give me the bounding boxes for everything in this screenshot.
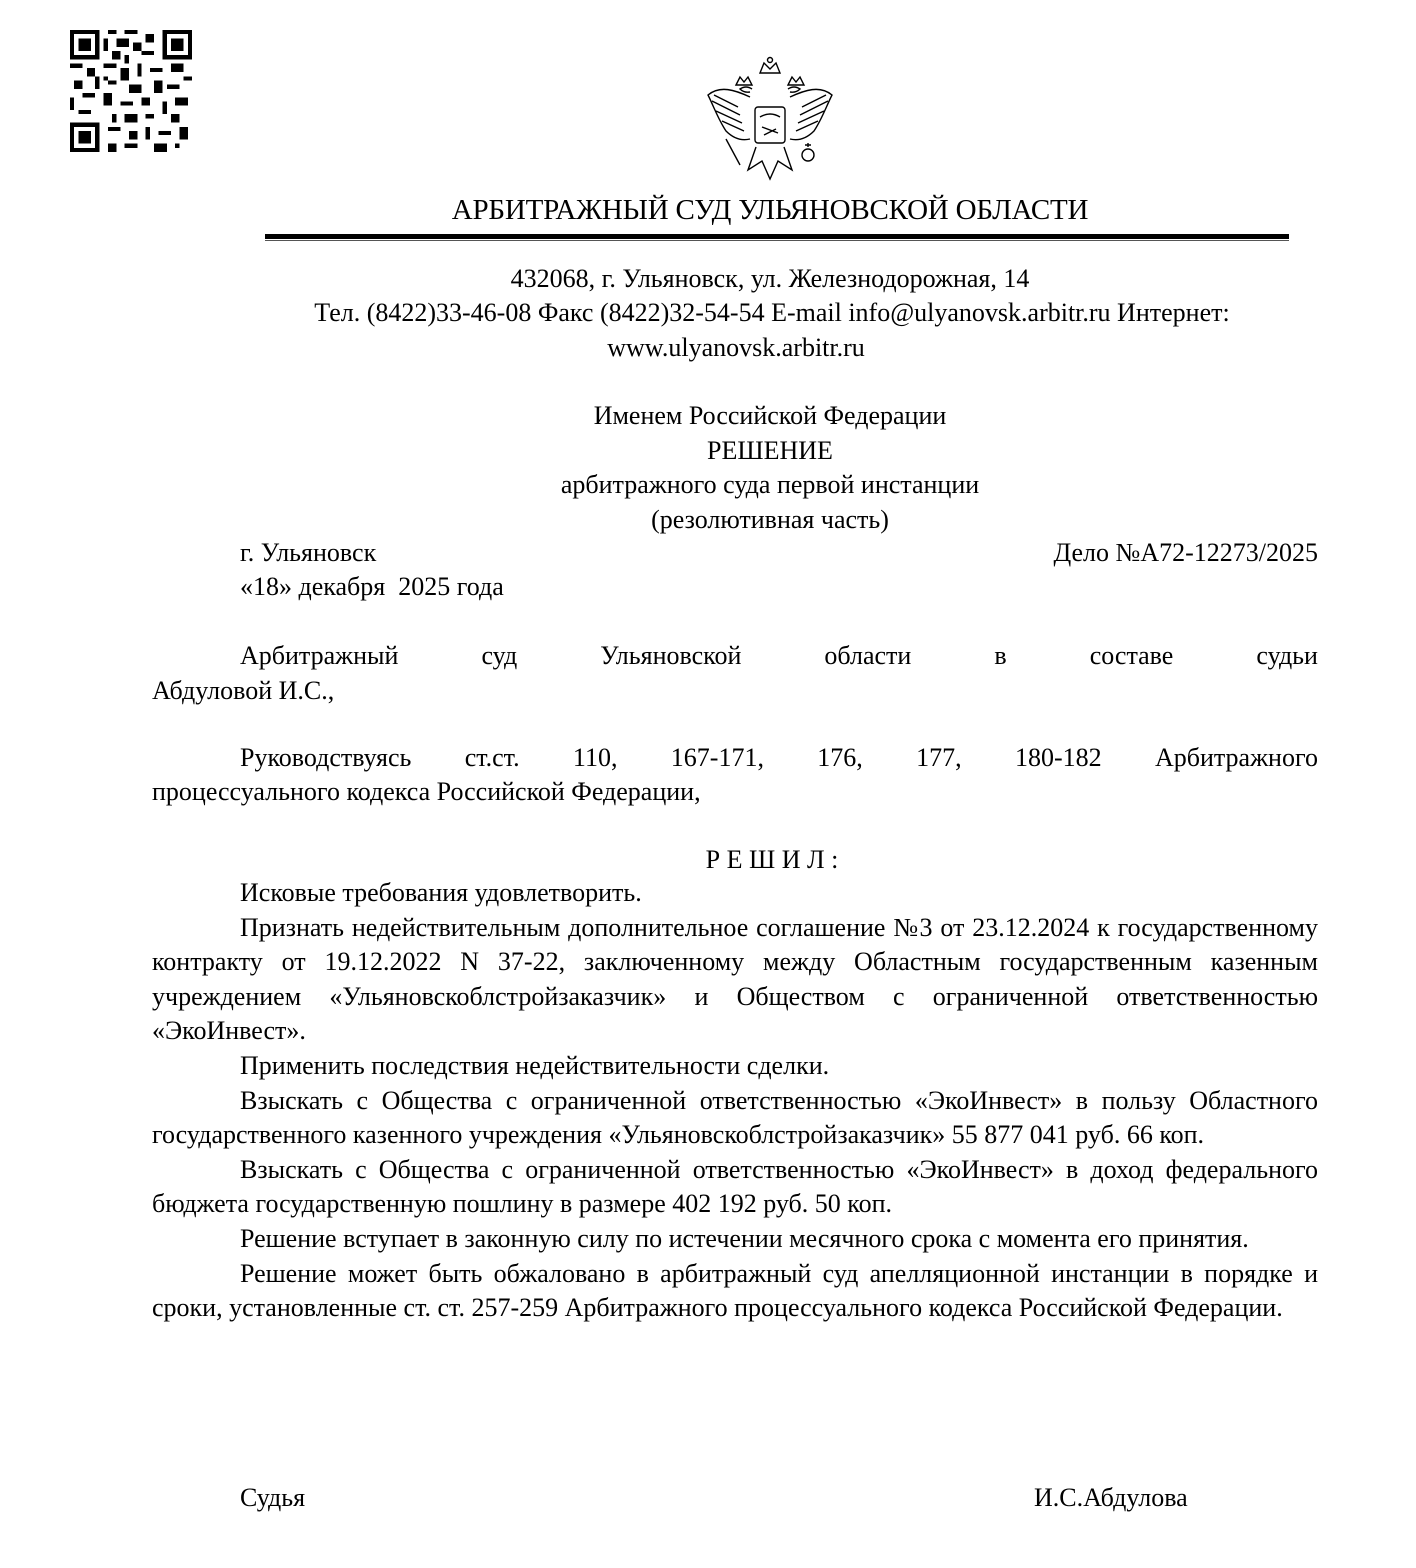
- decision-date: «18» декабря 2025 года: [240, 572, 504, 602]
- coat-of-arms-icon: [700, 55, 840, 190]
- word: составе: [1090, 641, 1174, 671]
- word: 177,: [916, 743, 962, 773]
- word: 110,: [573, 743, 618, 773]
- paragraph-apply-consequences: Применить последствия недействительности…: [152, 1049, 1318, 1084]
- judge-name-line: Абдуловой И.С.,: [152, 676, 334, 706]
- court-address: 432068, г. Ульяновск, ул. Железнодорожна…: [0, 264, 1416, 294]
- legal-basis-continuation: процессуального кодекса Российской Федер…: [152, 777, 701, 807]
- document-title: РЕШЕНИЕ: [0, 436, 1416, 466]
- header-divider-thin: [265, 240, 1289, 241]
- word: Ульяновской: [600, 641, 741, 671]
- word: 167-171,: [671, 743, 764, 773]
- word: Руководствуясь: [240, 743, 411, 773]
- document-part-note: (резолютивная часть): [0, 505, 1416, 535]
- paragraph-claims-granted: Исковые требования удовлетворить.: [152, 876, 1318, 911]
- word: ст.ст.: [465, 743, 520, 773]
- signature-role: Судья: [240, 1483, 305, 1513]
- decision-paragraphs: Исковые требования удовлетворить. Призна…: [152, 876, 1318, 1326]
- word: судьи: [1256, 641, 1318, 671]
- court-website: www.ulyanovsk.arbitr.ru: [0, 333, 1416, 363]
- paragraph-effective-date: Решение вступает в законную силу по исте…: [152, 1222, 1318, 1257]
- paragraph-appeal: Решение может быть обжаловано в арбитраж…: [152, 1257, 1318, 1326]
- paragraph-invalidate-agreement: Признать недействительным дополнительное…: [152, 911, 1318, 1049]
- city: г. Ульяновск: [240, 538, 376, 568]
- court-composition-line: Арбитражный суд Ульяновской области в со…: [240, 641, 1318, 671]
- word: 176,: [817, 743, 863, 773]
- header-divider: [265, 234, 1289, 239]
- paragraph-recover-amount: Взыскать с Общества с ограниченной ответ…: [152, 1084, 1318, 1153]
- word: в: [994, 641, 1006, 671]
- word: Арбитражный: [240, 641, 398, 671]
- word: Арбитражного: [1155, 743, 1318, 773]
- case-number: Дело №А72-12273/2025: [1053, 538, 1318, 568]
- title-in-name-of: Именем Российской Федерации: [0, 401, 1416, 431]
- signature-name: И.С.Абдулова: [1034, 1483, 1188, 1513]
- document-subtitle: арбитражного суда первой инстанции: [0, 470, 1416, 500]
- qr-code-icon: [68, 30, 194, 152]
- legal-basis-line: Руководствуясь ст.ст. 110, 167-171, 176,…: [240, 743, 1318, 773]
- word: суд: [481, 641, 517, 671]
- word: области: [824, 641, 911, 671]
- word: 180-182: [1015, 743, 1102, 773]
- court-name: АРБИТРАЖНЫЙ СУД УЛЬЯНОВСКОЙ ОБЛАСТИ: [0, 194, 1416, 227]
- court-contacts: Тел. (8422)33-46-08 Факс (8422)32-54-54 …: [0, 298, 1416, 328]
- decided-heading: Р Е Ш И Л :: [0, 845, 1416, 875]
- paragraph-state-fee: Взыскать с Общества с ограниченной ответ…: [152, 1153, 1318, 1222]
